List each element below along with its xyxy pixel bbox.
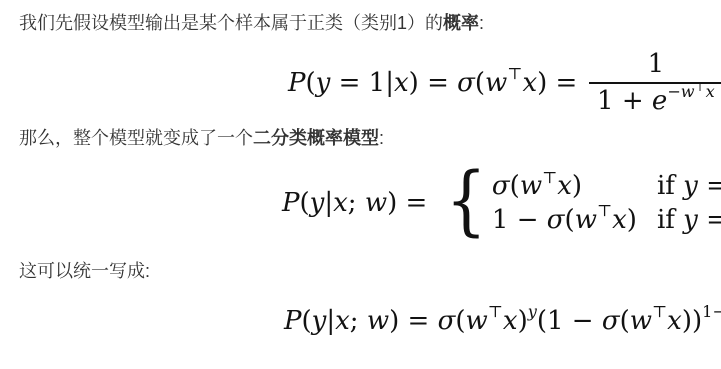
math-token: )) (682, 306, 702, 336)
math-token: 1 (648, 49, 665, 79)
math-token: ) = (537, 68, 585, 98)
math-token: P (284, 306, 302, 336)
math-token: y (316, 68, 331, 98)
math-token: x (503, 306, 518, 336)
math-token: ( (306, 68, 316, 98)
math-token: 1 − (492, 205, 547, 235)
math-token: ⊤ (597, 201, 612, 220)
math-token: w (365, 188, 387, 218)
math-token: − (667, 82, 681, 101)
math-token: x (706, 82, 715, 101)
math-token: y (528, 302, 537, 321)
formula-piecewise-lhs: P(y|x; w) = (282, 187, 436, 220)
math-token: w (575, 205, 597, 235)
math-token: ( (620, 306, 630, 336)
math-token: w (367, 306, 389, 336)
document-page: 我们先假设模型输出是某个样本属于正类（类别1）的概率: P(y = 1|x) =… (0, 0, 721, 369)
paragraph-suffix: : (479, 13, 484, 33)
formula-unified: P(y|x; w) = σ(w⊤x)y(1 − σ(w⊤x))1−y (284, 303, 721, 339)
math-token: ⊤ (695, 80, 706, 94)
math-token: y (312, 306, 327, 336)
math-token: 1 + (597, 86, 652, 116)
math-token: ) = (387, 188, 435, 218)
math-token: ( (510, 171, 520, 201)
math-token: w (465, 306, 487, 336)
math-token: w (630, 306, 652, 336)
math-token: | (324, 188, 333, 218)
bold-term-binary-model: 二分类概率模型 (253, 128, 379, 148)
math-token: P (282, 188, 300, 218)
math-token: ) = (409, 68, 457, 98)
case-expression-2: 1 − σ(w⊤x) (492, 204, 637, 237)
fraction-denominator: 1 + e−w⊤x (589, 82, 721, 116)
formula-sigmoid: P(y = 1|x) = σ(w⊤x) = 11 + e−w⊤x (288, 53, 721, 113)
paragraph-text: 我们先假设模型输出是某个样本属于正类（类别1）的 (19, 13, 443, 33)
fraction-numerator: 1 (639, 50, 672, 82)
paragraph-text: 那么，整个模型就变成了一个 (19, 128, 253, 148)
left-brace: { (445, 162, 486, 238)
formula-unified-body: P(y|x; w) = σ(w⊤x)y(1 − σ(w⊤x))1−y (284, 305, 721, 338)
math-token: P (288, 68, 306, 98)
math-token: ⊤ (507, 64, 522, 83)
math-token: x (557, 171, 572, 201)
bold-term-probability: 概率 (443, 13, 479, 33)
math-token: ( (475, 68, 485, 98)
math-token: | (385, 68, 394, 98)
math-token: if (657, 205, 683, 235)
math-token: ) = (389, 306, 437, 336)
math-token: σ (547, 205, 565, 235)
math-token: = 0 (698, 205, 721, 235)
math-token: σ (457, 68, 475, 98)
paragraph-model: 那么，整个模型就变成了一个二分类概率模型: (19, 126, 384, 151)
math-token: ( (300, 188, 310, 218)
math-token: y (683, 171, 698, 201)
math-token: x (522, 68, 537, 98)
math-token: y (310, 188, 325, 218)
fraction: 11 + e−w⊤x (589, 50, 721, 117)
math-token: = 1 (698, 171, 721, 201)
paragraph-intro: 我们先假设模型输出是某个样本属于正类（类别1）的概率: (19, 11, 484, 36)
math-token: ; (350, 306, 367, 336)
paragraph-text: 这可以统一写成: (19, 261, 150, 281)
math-token: x (667, 306, 682, 336)
case-expression-1: σ(w⊤x) (492, 170, 637, 203)
math-token: 1− (702, 302, 721, 321)
math-token: ⊤ (542, 168, 557, 187)
math-token: x (394, 68, 409, 98)
math-token: ( (455, 306, 465, 336)
case-condition-2: if y = 0 (657, 204, 721, 237)
math-token: ) (627, 205, 637, 235)
math-token: ( (565, 205, 575, 235)
paragraph-suffix: : (379, 128, 384, 148)
math-token: ) (572, 171, 582, 201)
math-token: ) (518, 306, 528, 336)
math-token: ⊤ (652, 302, 667, 321)
math-token: w (681, 82, 695, 101)
math-token: w (520, 171, 542, 201)
formula-piecewise: P(y|x; w) = {σ(w⊤x)if y = 11 − σ(w⊤x)if … (282, 166, 721, 240)
case-condition-1: if y = 1 (657, 170, 721, 203)
math-token: σ (602, 306, 620, 336)
math-token: σ (492, 171, 510, 201)
math-token: ⊤ (488, 302, 503, 321)
paragraph-unified: 这可以统一写成: (19, 259, 150, 284)
math-token: if (657, 171, 683, 201)
math-token: ( (302, 306, 312, 336)
math-token: ; (348, 188, 365, 218)
math-token: w (485, 68, 507, 98)
math-token: y (683, 205, 698, 235)
math-token: (1 − (537, 306, 602, 336)
math-token: x (335, 306, 350, 336)
math-token: x (333, 188, 348, 218)
math-token: = 1 (330, 68, 385, 98)
math-token: x (612, 205, 627, 235)
math-token: | (326, 306, 335, 336)
math-token: e (652, 86, 667, 116)
cases-grid: σ(w⊤x)if y = 11 − σ(w⊤x)if y = 0 (492, 170, 721, 236)
formula-sigmoid-lhs: P(y = 1|x) = σ(w⊤x) = (288, 67, 586, 100)
math-token: σ (438, 306, 456, 336)
